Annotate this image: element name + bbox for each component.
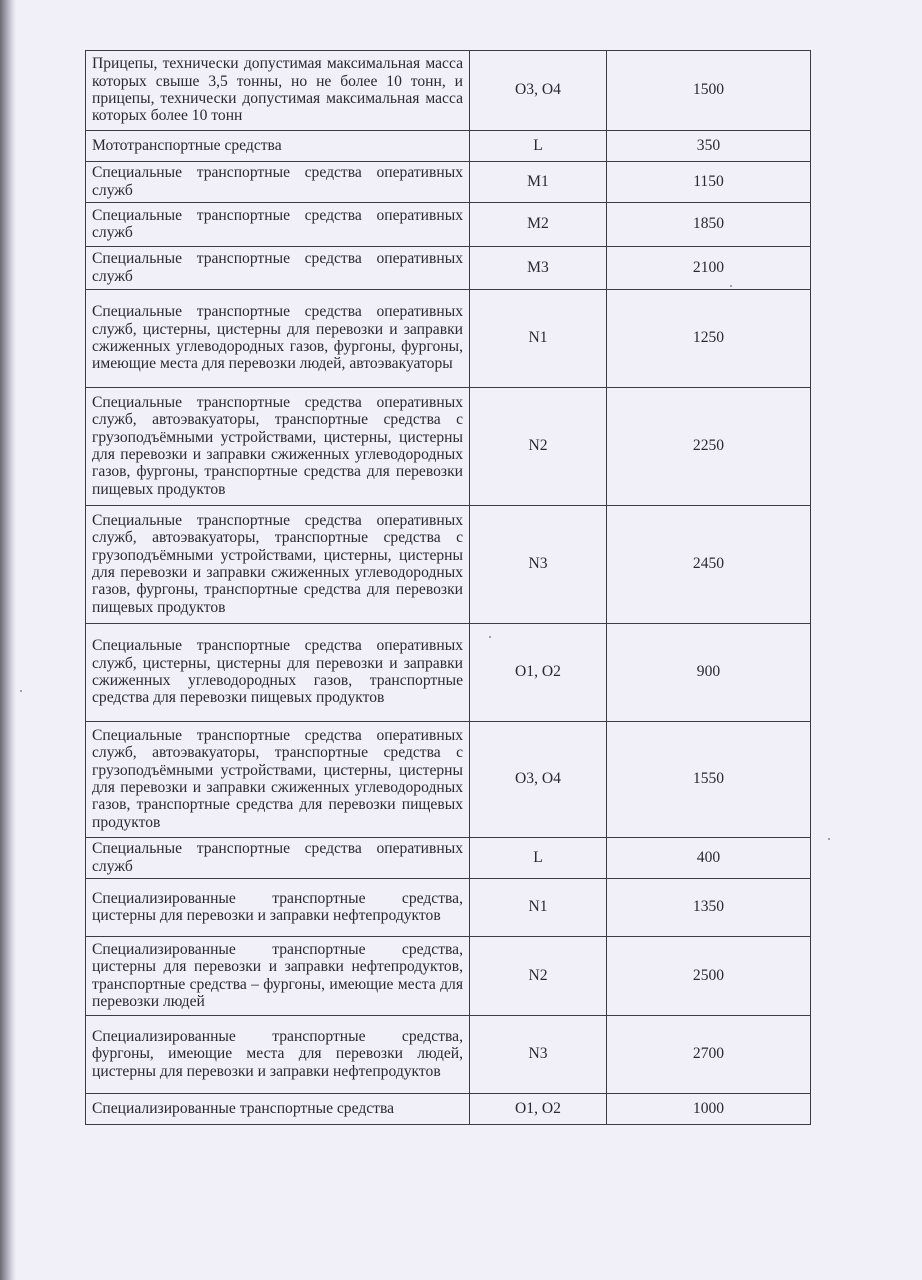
vehicle-fee-table: Прицепы, технически допустимая максималь… [85,50,811,1125]
table-row: Специальные транспортные средства операт… [86,388,811,506]
vehicle-category: M1 [470,162,607,203]
table-body: Прицепы, технически допустимая максималь… [86,51,811,1125]
vehicle-category: O1, O2 [470,1094,607,1125]
fee-value: 400 [607,838,811,879]
fee-value: 1000 [607,1094,811,1125]
vehicle-category: N3 [470,506,607,624]
vehicle-category: N1 [470,879,607,937]
vehicle-description: Специальные транспортные средства операт… [86,624,470,722]
vehicle-category: N2 [470,388,607,506]
fee-value: 1350 [607,879,811,937]
table-row: Специальные транспортные средства операт… [86,624,811,722]
vehicle-description: Специализированные транспортные средства… [86,937,470,1016]
vehicle-description: Специализированные транспортные средства… [86,879,470,937]
vehicle-category: M3 [470,247,607,290]
table-row: Специальные транспортные средства операт… [86,506,811,624]
table-row: Специализированные транспортные средства… [86,1094,811,1125]
vehicle-description: Специализированные транспортные средства [86,1094,470,1125]
table-row: Специализированные транспортные средства… [86,879,811,937]
vehicle-description: Специальные транспортные средства операт… [86,247,470,290]
vehicle-category: N1 [470,290,607,388]
table-row: Специальные транспортные средства операт… [86,290,811,388]
vehicle-description: Прицепы, технически допустимая максималь… [86,51,470,131]
vehicle-description: Мототранспортные средства [86,131,470,162]
vehicle-description: Специальные транспортные средства операт… [86,203,470,247]
vehicle-category: N3 [470,1016,607,1094]
scan-speck [828,838,830,840]
table-row: Специальные транспортные средства операт… [86,838,811,879]
fee-value: 1500 [607,51,811,131]
fee-value: 2450 [607,506,811,624]
table-row: Специальные транспортные средства операт… [86,203,811,247]
scan-speck [20,690,22,692]
vehicle-category: O1, O2 [470,624,607,722]
vehicle-description: Специальные транспортные средства операт… [86,722,470,838]
vehicle-category: L [470,838,607,879]
fee-value: 2700 [607,1016,811,1094]
vehicle-description: Специальные транспортные средства операт… [86,388,470,506]
table-row: Специальные транспортные средства операт… [86,247,811,290]
scan-page-edge [0,0,16,1280]
scan-speck [730,285,732,287]
vehicle-description: Специальные транспортные средства операт… [86,506,470,624]
vehicle-category: O3, O4 [470,722,607,838]
vehicle-description: Специализированные транспортные средства… [86,1016,470,1094]
scan-speck [489,636,491,638]
table-row: Мототранспортные средства L 350 [86,131,811,162]
vehicle-category: O3, O4 [470,51,607,131]
table-row: Специализированные транспортные средства… [86,1016,811,1094]
vehicle-category: N2 [470,937,607,1016]
vehicle-description: Специальные транспортные средства операт… [86,838,470,879]
fee-value: 1850 [607,203,811,247]
fee-value: 1550 [607,722,811,838]
fee-value: 1150 [607,162,811,203]
vehicle-category: L [470,131,607,162]
fee-value: 2250 [607,388,811,506]
table-row: Специализированные транспортные средства… [86,937,811,1016]
fee-value: 900 [607,624,811,722]
table-row: Прицепы, технически допустимая максималь… [86,51,811,131]
vehicle-description: Специальные транспортные средства операт… [86,162,470,203]
table-row: Специальные транспортные средства операт… [86,162,811,203]
fee-value: 350 [607,131,811,162]
vehicle-description: Специальные транспортные средства операт… [86,290,470,388]
fee-value: 2100 [607,247,811,290]
fee-value: 1250 [607,290,811,388]
table-row: Специальные транспортные средства операт… [86,722,811,838]
vehicle-category: M2 [470,203,607,247]
fee-value: 2500 [607,937,811,1016]
